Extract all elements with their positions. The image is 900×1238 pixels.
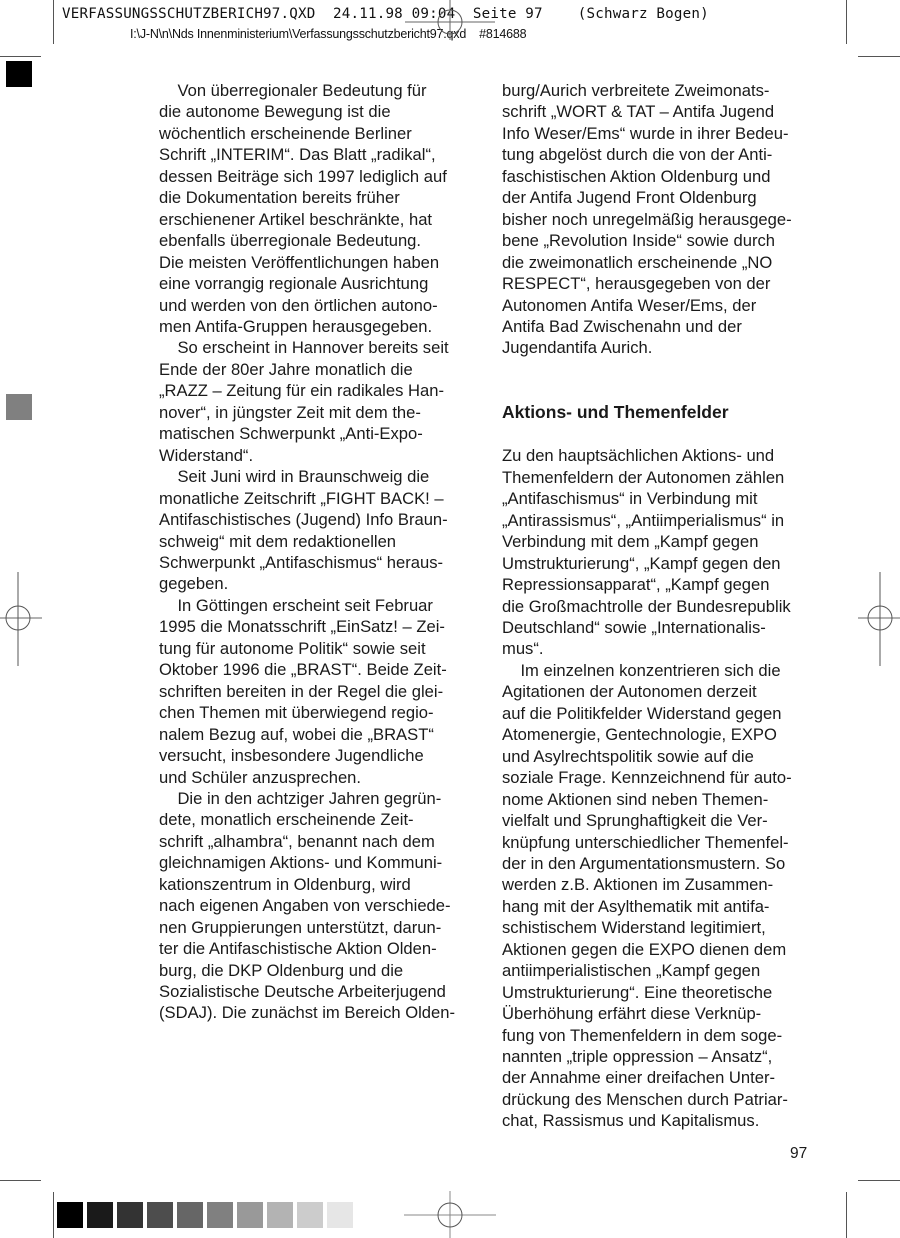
registration-mark-right-icon bbox=[858, 572, 900, 666]
text-line: mus“. bbox=[502, 638, 812, 659]
text-line: chat, Rassismus und Kapitalismus. bbox=[502, 1110, 812, 1131]
crop-mark-bottom-left-vertical bbox=[53, 1192, 54, 1238]
text-line: nach eigenen Angaben von verschiede- bbox=[159, 895, 469, 916]
text-line: monatliche Zeitschrift „FIGHT BACK! – bbox=[159, 488, 469, 509]
registration-mark-left-icon bbox=[0, 572, 42, 666]
text-line: tung abgelöst durch die von der Anti- bbox=[502, 144, 812, 165]
text-line: vielfalt und Sprunghaftigkeit die Ver- bbox=[502, 810, 812, 831]
text-line: Aktionen gegen die EXPO dienen dem bbox=[502, 939, 812, 960]
text-line: schrift „alhambra“, benannt nach dem bbox=[159, 831, 469, 852]
text-line: antiimperialistischen „Kampf gegen bbox=[502, 960, 812, 981]
grayscale-swatch bbox=[177, 1202, 203, 1228]
grayscale-swatch bbox=[237, 1202, 263, 1228]
text-line: die Großmachtrolle der Bundesrepublik bbox=[502, 596, 812, 617]
left-text-column: Von überregionaler Bedeutung fürdie auto… bbox=[159, 80, 469, 1024]
text-line: In Göttingen erscheint seit Februar bbox=[159, 595, 469, 616]
text-line: „Antirassismus“, „Antiimperialismus“ in bbox=[502, 510, 812, 531]
text-line: soziale Frage. Kennzeichnend für auto- bbox=[502, 767, 812, 788]
text-line: gegeben. bbox=[159, 573, 469, 594]
text-line: dessen Beiträge sich 1997 lediglich auf bbox=[159, 166, 469, 187]
text-line: gleichnamigen Aktions- und Kommuni- bbox=[159, 852, 469, 873]
text-line: So erscheint in Hannover bereits seit bbox=[159, 337, 469, 358]
text-line: wöchentlich erscheinende Berliner bbox=[159, 123, 469, 144]
text-line: Sozialistische Deutsche Arbeiterjugend bbox=[159, 981, 469, 1002]
text-line: faschistischen Aktion Oldenburg und bbox=[502, 166, 812, 187]
right-intro-paragraph: burg/Aurich verbreitete Zweimonats-schri… bbox=[502, 80, 812, 359]
page-number: 97 bbox=[790, 1145, 807, 1163]
text-line: 1995 die Monatsschrift „EinSatz! – Zei- bbox=[159, 616, 469, 637]
text-line: Antifaschistisches (Jugend) Info Braun- bbox=[159, 509, 469, 530]
text-line: ter die Antifaschistische Aktion Olden- bbox=[159, 938, 469, 959]
grayscale-swatch bbox=[297, 1202, 323, 1228]
text-line: die Dokumentation bereits früher bbox=[159, 187, 469, 208]
text-line: drückung des Menschen durch Patriar- bbox=[502, 1089, 812, 1110]
text-line: auf die Politikfelder Widerstand gegen bbox=[502, 703, 812, 724]
registration-mark-bottom-icon bbox=[404, 1191, 496, 1238]
crop-mark-bottom-right-vertical bbox=[846, 1192, 847, 1238]
grayscale-swatch bbox=[117, 1202, 143, 1228]
text-line: fung von Themenfeldern in dem soge- bbox=[502, 1025, 812, 1046]
text-line: Die in den achtziger Jahren gegrün- bbox=[159, 788, 469, 809]
text-line: erschienener Artikel beschränkte, hat bbox=[159, 209, 469, 230]
text-line: kationszentrum in Oldenburg, wird bbox=[159, 874, 469, 895]
side-square-gray bbox=[6, 394, 32, 420]
text-line: Von überregionaler Bedeutung für bbox=[159, 80, 469, 101]
text-line: Überhöhung erfährt diese Verknüp- bbox=[502, 1003, 812, 1024]
text-line: nalem Bezug auf, wobei die „BRAST“ bbox=[159, 724, 469, 745]
side-square-black bbox=[6, 61, 32, 87]
text-line: „RAZZ – Zeitung für ein radikales Han- bbox=[159, 380, 469, 401]
text-line: schriften bereiten in der Regel die glei… bbox=[159, 681, 469, 702]
text-line: nannten „triple oppression – Ansatz“, bbox=[502, 1046, 812, 1067]
text-line: nover“, in jüngster Zeit mit dem the- bbox=[159, 402, 469, 423]
text-line: die zweimonatlich erscheinende „NO bbox=[502, 252, 812, 273]
grayscale-swatch bbox=[87, 1202, 113, 1228]
text-line: (SDAJ). Die zunächst im Bereich Olden- bbox=[159, 1002, 469, 1023]
text-line: die autonome Bewegung ist die bbox=[159, 101, 469, 122]
text-line: Zu den hauptsächlichen Aktions- und bbox=[502, 445, 812, 466]
text-line: men Antifa-Gruppen herausgegeben. bbox=[159, 316, 469, 337]
text-line: RESPECT“, herausgegeben von der bbox=[502, 273, 812, 294]
text-line: Atomenergie, Gentechnologie, EXPO bbox=[502, 724, 812, 745]
text-line: eine vorrangig regionale Ausrichtung bbox=[159, 273, 469, 294]
text-line: bisher noch unregelmäßig herausgege- bbox=[502, 209, 812, 230]
text-line: Repressionsapparat“, „Kampf gegen bbox=[502, 574, 812, 595]
section-heading: Aktions- und Themenfelder bbox=[502, 402, 812, 423]
right-text-column: burg/Aurich verbreitete Zweimonats-schri… bbox=[502, 80, 812, 1132]
grayscale-swatch bbox=[57, 1202, 83, 1228]
text-line: burg, die DKP Oldenburg und die bbox=[159, 960, 469, 981]
right-body-paragraphs: Zu den hauptsächlichen Aktions- undTheme… bbox=[502, 445, 812, 1132]
text-line: matischen Schwerpunkt „Anti-Expo- bbox=[159, 423, 469, 444]
crop-mark-top-right-vertical bbox=[846, 0, 847, 44]
grayscale-swatch bbox=[327, 1202, 353, 1228]
text-line: bene „Revolution Inside“ sowie durch bbox=[502, 230, 812, 251]
text-line: schweig“ mit dem redaktionellen bbox=[159, 531, 469, 552]
text-line: der Antifa Jugend Front Oldenburg bbox=[502, 187, 812, 208]
text-line: nen Gruppierungen unterstützt, darun- bbox=[159, 917, 469, 938]
text-line: Schrift „INTERIM“. Das Blatt „radikal“, bbox=[159, 144, 469, 165]
text-line: Themenfeldern der Autonomen zählen bbox=[502, 467, 812, 488]
text-line: hang mit der Asylthematik mit antifa- bbox=[502, 896, 812, 917]
text-line: Umstrukturierung“, „Kampf gegen den bbox=[502, 553, 812, 574]
crop-mark-bottom-right-horizontal bbox=[858, 1180, 900, 1181]
registration-mark-top-icon bbox=[405, 0, 495, 40]
text-line: Agitationen der Autonomen derzeit bbox=[502, 681, 812, 702]
text-line: der Annahme einer dreifachen Unter- bbox=[502, 1067, 812, 1088]
text-line: und Schüler anzusprechen. bbox=[159, 767, 469, 788]
text-line: und Asylrechtspolitik sowie auf die bbox=[502, 746, 812, 767]
print-slug-header: VERFASSUNGSSCHUTZBERICH97.QXD 24.11.98 0… bbox=[62, 6, 709, 22]
text-line: Jugendantifa Aurich. bbox=[502, 337, 812, 358]
text-line: Seit Juni wird in Braunschweig die bbox=[159, 466, 469, 487]
text-line: Antifa Bad Zwischenahn und der bbox=[502, 316, 812, 337]
text-line: knüpfung unterschiedlicher Themenfel- bbox=[502, 832, 812, 853]
text-line: chen Themen mit überwiegend regio- bbox=[159, 702, 469, 723]
crop-mark-top-left-vertical bbox=[53, 0, 54, 44]
text-line: ebenfalls überregionale Bedeutung. bbox=[159, 230, 469, 251]
crop-mark-top-left-horizontal bbox=[0, 56, 41, 57]
text-line: Umstrukturierung“. Eine theoretische bbox=[502, 982, 812, 1003]
text-line: burg/Aurich verbreitete Zweimonats- bbox=[502, 80, 812, 101]
text-line: schrift „WORT & TAT – Antifa Jugend bbox=[502, 101, 812, 122]
crop-mark-top-right-horizontal bbox=[858, 56, 900, 57]
text-line: Verbindung mit dem „Kampf gegen bbox=[502, 531, 812, 552]
text-line: und werden von den örtlichen autono- bbox=[159, 295, 469, 316]
text-line: Ende der 80er Jahre monatlich die bbox=[159, 359, 469, 380]
grayscale-swatch bbox=[147, 1202, 173, 1228]
text-line: der in den Argumentationsmustern. So bbox=[502, 853, 812, 874]
grayscale-swatch bbox=[267, 1202, 293, 1228]
grayscale-swatch bbox=[207, 1202, 233, 1228]
text-line: werden z.B. Aktionen im Zusammen- bbox=[502, 874, 812, 895]
text-line: versucht, insbesondere Jugendliche bbox=[159, 745, 469, 766]
text-line: Info Weser/Ems“ wurde in ihrer Bedeu- bbox=[502, 123, 812, 144]
text-line: schistischem Widerstand legitimiert, bbox=[502, 917, 812, 938]
text-line: Oktober 1996 die „BRAST“. Beide Zeit- bbox=[159, 659, 469, 680]
crop-mark-bottom-left-horizontal bbox=[0, 1180, 41, 1181]
text-line: Deutschland“ sowie „Internationalis- bbox=[502, 617, 812, 638]
text-line: Schwerpunkt „Antifaschismus“ heraus- bbox=[159, 552, 469, 573]
text-line: Autonomen Antifa Weser/Ems, der bbox=[502, 295, 812, 316]
text-line: tung für autonome Politik“ sowie seit bbox=[159, 638, 469, 659]
text-line: dete, monatlich erscheinende Zeit- bbox=[159, 809, 469, 830]
text-line: Widerstand“. bbox=[159, 445, 469, 466]
text-line: nome Aktionen sind neben Themen- bbox=[502, 789, 812, 810]
text-line: Die meisten Veröffentlichungen haben bbox=[159, 252, 469, 273]
text-line: „Antifaschismus“ in Verbindung mit bbox=[502, 488, 812, 509]
text-line: Im einzelnen konzentrieren sich die bbox=[502, 660, 812, 681]
